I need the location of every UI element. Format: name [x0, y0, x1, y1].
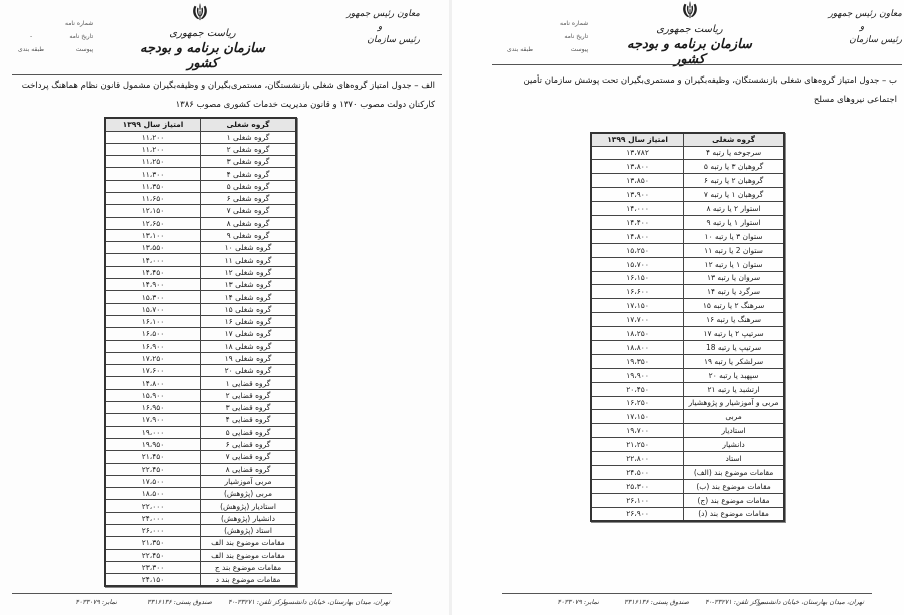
column-header-group: گروه شغلی [684, 133, 784, 146]
score-cell: ۱۸،۲۵۰ [591, 327, 684, 341]
table-row: سرهنگ یا رتبه ۱۶۱۷،۷۰۰ [591, 313, 784, 327]
job-group-cell: گروهبان ۱ یا رتبه ۷ [684, 188, 784, 202]
table-row: گروه شغلی ۶۱۱،۶۵۰ [105, 192, 296, 204]
meta-class-label: طبقه بندی [507, 43, 533, 56]
document-page-left: ریاست جمهوری سازمان برنامه و بودجه کشور … [0, 0, 452, 615]
score-cell: ۱۱،۲۰۰ [105, 143, 201, 155]
table-row: دانشیار۲۱،۲۵۰ [591, 438, 784, 452]
job-group-cell: استوار ۱ یا رتبه ۹ [684, 215, 784, 229]
table-row: گروه شغلی ۱۶۱۶،۱۰۰ [105, 315, 296, 327]
job-group-cell: مقامات موضوع بند د [201, 574, 297, 586]
table-row: گروه شغلی ۱۱۱،۲۰۰ [105, 131, 296, 143]
job-group-cell: سرجوخه یا رتبه ۴ [684, 146, 784, 160]
table-row: گروه شغلی ۱۱۱۴،۰۰۰ [105, 254, 296, 266]
table-row: گروه شغلی ۲۱۱،۲۰۰ [105, 143, 296, 155]
job-group-cell: استاد [684, 452, 784, 466]
table-row: سرتیپ ۲ یا رتبه ۱۷۱۸،۲۵۰ [591, 327, 784, 341]
score-cell: ۱۷،۱۵۰ [591, 410, 684, 424]
footer-divider [12, 593, 392, 594]
table-row: استادیار (پژوهش)۲۲،۰۰۰ [105, 500, 296, 512]
score-cell: ۱۹،۳۵۰ [591, 354, 684, 368]
score-cell: ۱۵،۳۰۰ [105, 291, 201, 303]
score-cell: ۱۴،۹۰۰ [105, 279, 201, 291]
job-group-cell: گروه شغلی ۱۵ [201, 303, 297, 315]
job-group-cell: دانشیار (پژوهش) [201, 512, 297, 524]
job-group-cell: سروان یا رتبه ۱۳ [684, 271, 784, 285]
score-cell: ۱۳،۷۸۲ [591, 146, 684, 160]
score-cell: ۲۰،۴۵۰ [591, 382, 684, 396]
table-row: گروه شغلی ۹۱۳،۱۰۰ [105, 229, 296, 241]
meta-number-label: شماره نامه [65, 17, 93, 30]
job-group-cell: مربی و آموزشیار و پژوهشیار [684, 396, 784, 410]
job-group-cell: گروه شغلی ۱۴ [201, 291, 297, 303]
table-row: گروه قضایی ۸۲۲،۴۵۰ [105, 463, 296, 475]
score-cell: ۱۶،۲۵۰ [591, 396, 684, 410]
presidency-label: ریاست جمهوری [627, 24, 752, 35]
table-row: مربی آموزشیار۱۷،۵۰۰ [105, 475, 296, 487]
score-cell: ۱۶،۶۰۰ [591, 285, 684, 299]
organization-name: سازمان برنامه و بودجه کشور [140, 41, 265, 71]
score-cell: ۱۹،۷۰۰ [591, 424, 684, 438]
job-group-cell: گروه قضایی ۸ [201, 463, 297, 475]
signatory-block: معاون رئیس جمهور و رئیس سازمان [340, 8, 420, 47]
table-row: سروان یا رتبه ۱۳۱۶،۱۵۰ [591, 271, 784, 285]
table-row: ستوان 2 یا رتبه ۱۱۱۵،۲۵۰ [591, 243, 784, 257]
score-cell: ۱۷،۵۰۰ [105, 475, 201, 487]
job-group-cell: گروه شغلی ۱۸ [201, 340, 297, 352]
table-row: گروه شغلی ۱۰۱۳،۵۵۰ [105, 242, 296, 254]
footer-fax: نمابر: ۴۰۳۳۰۷۹ [557, 598, 599, 606]
job-group-cell: استادیار (پژوهش) [201, 500, 297, 512]
table-row: گروه شغلی ۱۷۱۶،۵۰۰ [105, 328, 296, 340]
footer-phone: مرکز تلفن: ۳۳۲۷۱-۴۰ [228, 598, 287, 606]
table-row: مقامات موضوع بند ج۲۳،۳۰۰ [105, 561, 296, 573]
footer-divider [502, 593, 872, 594]
table-row: گروهبان ۱ یا رتبه ۷۱۳،۹۰۰ [591, 188, 784, 202]
table-row: گروه شغلی ۱۲۱۴،۴۵۰ [105, 266, 296, 278]
score-cell: ۱۲،۱۵۰ [105, 205, 201, 217]
table-row: سرلشکر یا رتبه ۱۹۱۹،۳۵۰ [591, 354, 784, 368]
footer-postal: صندوق پستی: ۳۳۱۶۱۳۶ [147, 598, 212, 606]
score-cell: ۱۳،۱۰۰ [105, 229, 201, 241]
score-cell: ۲۲،۴۵۰ [105, 463, 201, 475]
job-group-cell: گروهبان ۲ یا رتبه ۶ [684, 174, 784, 188]
meta-attach-label: پیوست [65, 43, 93, 56]
job-group-cell: گروه قضایی ۱ [201, 377, 297, 389]
letter-meta: شماره نامه تاریخ نامه پیوست [560, 17, 588, 56]
job-group-cell: گروه شغلی ۱۱ [201, 254, 297, 266]
signatory-line2: و [822, 21, 902, 34]
table-row: گروه قضایی ۷۲۱،۴۵۰ [105, 451, 296, 463]
table-row: گروه شغلی ۳۱۱،۲۵۰ [105, 156, 296, 168]
score-table-b: گروه شغلی امتیاز سال ۱۳۹۹ سرجوخه یا رتبه… [590, 132, 785, 522]
table-row: مقامات موضوع بند (د)۲۶،۹۰۰ [591, 507, 784, 521]
score-cell: ۱۴،۸۰۰ [105, 377, 201, 389]
meta-attach-label: پیوست [560, 43, 588, 56]
table-row: دانشیار (پژوهش)۲۴،۰۰۰ [105, 512, 296, 524]
job-group-cell: سرهنگ یا رتبه ۱۶ [684, 313, 784, 327]
table-title: الف – جدول امتیاز گروه‌های شغلی بازنشستگ… [20, 77, 435, 115]
table-row: ارتشبد یا رتبه ۲۱۲۰،۴۵۰ [591, 382, 784, 396]
score-cell: ۲۴،۱۵۰ [105, 574, 201, 586]
table-row: استوار ۲ یا رتبه ۸۱۴،۰۰۰ [591, 202, 784, 216]
organization-name: سازمان برنامه و بودجه کشور [627, 37, 752, 67]
score-cell: ۱۳،۸۵۰ [591, 174, 684, 188]
table-row: ستوان ۳ یا رتبه ۱۰۱۴،۸۰۰ [591, 229, 784, 243]
table-row: گروه شغلی ۴۱۱،۳۰۰ [105, 168, 296, 180]
score-cell: ۲۶،۱۰۰ [591, 493, 684, 507]
job-group-cell: استادیار [684, 424, 784, 438]
score-cell: ۱۴،۴۵۰ [105, 266, 201, 278]
score-cell: ۱۳،۹۰۰ [591, 188, 684, 202]
score-cell: ۲۴،۵۰۰ [591, 465, 684, 479]
table-header-row: گروه شغلی امتیاز سال ۱۳۹۹ [105, 118, 296, 131]
letter-meta: شماره نامه تاریخ نامه پیوست [65, 17, 93, 56]
document-page-right: ریاست جمهوری سازمان برنامه و بودجه کشور … [452, 0, 904, 615]
meta-number-label: شماره نامه [560, 17, 588, 30]
job-group-cell: سپهبد یا رتبه ۲۰ [684, 368, 784, 382]
table-row: گروه شغلی ۸۱۲،۶۵۰ [105, 217, 296, 229]
job-group-cell: استوار ۲ یا رتبه ۸ [684, 202, 784, 216]
table-row: سرگرد یا رتبه ۱۴۱۶،۶۰۰ [591, 285, 784, 299]
table-row: مربی۱۷،۱۵۰ [591, 410, 784, 424]
table-row: سپهبد یا رتبه ۲۰۱۹،۹۰۰ [591, 368, 784, 382]
job-group-cell: گروه قضایی ۴ [201, 414, 297, 426]
table-header-row: گروه شغلی امتیاز سال ۱۳۹۹ [591, 133, 784, 146]
job-group-cell: ارتشبد یا رتبه ۲۱ [684, 382, 784, 396]
score-cell: ۱۵،۹۰۰ [105, 389, 201, 401]
table-row: مقامات موضوع بند (ب)۲۵،۳۰۰ [591, 479, 784, 493]
job-group-cell: سرتیپ یا رتبه 18 [684, 340, 784, 354]
score-cell: ۲۵،۳۰۰ [591, 479, 684, 493]
job-group-cell: گروه شغلی ۹ [201, 229, 297, 241]
score-cell: ۱۷،۲۵۰ [105, 352, 201, 364]
job-group-cell: ستوان 2 یا رتبه ۱۱ [684, 243, 784, 257]
table-row: مقامات موضوع بند د۲۴،۱۵۰ [105, 574, 296, 586]
job-group-cell: گروه قضایی ۷ [201, 451, 297, 463]
score-cell: ۲۱،۳۵۰ [105, 537, 201, 549]
footer-fax: نمابر: ۴۰۳۳۰۷۹ [75, 598, 117, 606]
score-cell: ۱۶،۹۵۰ [105, 402, 201, 414]
score-cell: ۱۱،۲۵۰ [105, 156, 201, 168]
job-group-cell: مربی (پژوهش) [201, 488, 297, 500]
org-header: ریاست جمهوری سازمان برنامه و بودجه کشور [627, 24, 752, 67]
table-row: مقامات موضوع بند (الف)۲۴،۵۰۰ [591, 465, 784, 479]
header-divider [492, 64, 902, 65]
column-header-group: گروه شغلی [201, 118, 297, 131]
table-row: سرجوخه یا رتبه ۴۱۳،۷۸۲ [591, 146, 784, 160]
job-group-cell: مقامات موضوع بند الف [201, 549, 297, 561]
table-row: گروهبان ۳ یا رتبه ۵۱۳،۸۰۰ [591, 160, 784, 174]
footer-address: تهران، میدان بهارستان، خیابان دانشسرا [757, 598, 864, 606]
score-cell: ۱۴،۸۰۰ [591, 229, 684, 243]
table-row: استادیار۱۹،۷۰۰ [591, 424, 784, 438]
job-group-cell: گروه قضایی ۲ [201, 389, 297, 401]
signatory-line2: و [340, 21, 420, 34]
job-group-cell: سرلشکر یا رتبه ۱۹ [684, 354, 784, 368]
score-cell: ۱۳،۵۵۰ [105, 242, 201, 254]
job-group-cell: گروه شغلی ۷ [201, 205, 297, 217]
score-cell: ۱۱،۲۰۰ [105, 131, 201, 143]
job-group-cell: دانشیار [684, 438, 784, 452]
score-cell: ۱۷،۱۵۰ [591, 299, 684, 313]
score-cell: ۱۲،۶۵۰ [105, 217, 201, 229]
score-table-a: گروه شغلی امتیاز سال ۱۳۹۹ گروه شغلی ۱۱۱،… [104, 117, 297, 587]
table-row: گروه شغلی ۱۴۱۵،۳۰۰ [105, 291, 296, 303]
table-row: گروه قضایی ۱۱۴،۸۰۰ [105, 377, 296, 389]
letter-meta-class: طبقه بندی [507, 43, 533, 56]
job-group-cell: گروه شغلی ۱۳ [201, 279, 297, 291]
meta-date-label: تاریخ نامه [560, 30, 588, 43]
score-cell: ۲۱،۲۵۰ [591, 438, 684, 452]
job-group-cell: مقامات موضوع بند ج [201, 561, 297, 573]
job-group-cell: گروه شغلی ۸ [201, 217, 297, 229]
table-row: گروه شغلی ۱۸۱۶،۹۰۰ [105, 340, 296, 352]
score-cell: ۲۶،۰۰۰ [105, 525, 201, 537]
footer-phone: مرکز تلفن: ۳۳۲۷۱-۴۰ [705, 598, 764, 606]
score-cell: ۱۶،۹۰۰ [105, 340, 201, 352]
score-cell: ۱۷،۷۰۰ [591, 313, 684, 327]
score-cell: ۱۱،۳۵۰ [105, 180, 201, 192]
signatory-line1: معاون رئیس جمهور [340, 8, 420, 21]
job-group-cell: گروه شغلی ۳ [201, 156, 297, 168]
job-group-cell: گروهبان ۳ یا رتبه ۵ [684, 160, 784, 174]
job-group-cell: گروه شغلی ۱ [201, 131, 297, 143]
footer-address: تهران، میدان بهارستان، خیابان دانشسرا [283, 598, 390, 606]
job-group-cell: ستوان ۳ یا رتبه ۱۰ [684, 229, 784, 243]
table-row: مقامات موضوع بند الف۲۲،۴۵۰ [105, 549, 296, 561]
job-group-cell: سرگرد یا رتبه ۱۴ [684, 285, 784, 299]
score-cell: ۲۲،۴۵۰ [105, 549, 201, 561]
job-group-cell: گروه شغلی ۱۷ [201, 328, 297, 340]
score-cell: ۱۵،۲۵۰ [591, 243, 684, 257]
table-row: استاد۲۲،۸۰۰ [591, 452, 784, 466]
signatory-block: معاون رئیس جمهور و رئیس سازمان [822, 8, 902, 47]
job-group-cell: گروه شغلی ۱۰ [201, 242, 297, 254]
iran-emblem-icon [681, 0, 699, 20]
score-cell: ۱۸،۵۰۰ [105, 488, 201, 500]
table-row: گروه شغلی ۵۱۱،۳۵۰ [105, 180, 296, 192]
footer: تهران، میدان بهارستان، خیابان دانشسرا مر… [452, 598, 904, 610]
table-row: مربی و آموزشیار و پژوهشیار۱۶،۲۵۰ [591, 396, 784, 410]
table-row: مقامات موضوع بند الف۲۱،۳۵۰ [105, 537, 296, 549]
signatory-line3: رئیس سازمان [822, 34, 902, 47]
table-row: سرتیپ یا رتبه 18۱۸،۸۰۰ [591, 340, 784, 354]
job-group-cell: گروه قضایی ۵ [201, 426, 297, 438]
score-cell: ۱۱،۳۰۰ [105, 168, 201, 180]
score-cell: ۲۳،۳۰۰ [105, 561, 201, 573]
job-group-cell: استاد (پژوهش) [201, 525, 297, 537]
score-cell: ۱۶،۱۰۰ [105, 315, 201, 327]
job-group-cell: گروه شغلی ۲۰ [201, 365, 297, 377]
score-cell: ۱۹،۰۰۰ [105, 426, 201, 438]
score-cell: ۲۲،۸۰۰ [591, 452, 684, 466]
signatory-line3: رئیس سازمان [340, 34, 420, 47]
org-header: ریاست جمهوری سازمان برنامه و بودجه کشور [140, 28, 265, 71]
table-row: گروه قضایی ۲۱۵،۹۰۰ [105, 389, 296, 401]
table-row: مقامات موضوع بند (ج)۲۶،۱۰۰ [591, 493, 784, 507]
table-title: ب – جدول امتیاز گروه‌های شغلی بازنشستگان… [502, 72, 897, 110]
iran-emblem-icon [191, 2, 209, 22]
table-row: گروه شغلی ۱۹۱۷،۲۵۰ [105, 352, 296, 364]
meta-class-label: طبقه بندی [18, 43, 44, 56]
score-cell: ۱۶،۵۰۰ [105, 328, 201, 340]
score-cell: ۱۸،۸۰۰ [591, 340, 684, 354]
score-cell: ۱۵،۷۰۰ [105, 303, 201, 315]
score-cell: ۲۱،۴۵۰ [105, 451, 201, 463]
table-row: ستوان ۱ یا رتبه ۱۲۱۵،۷۰۰ [591, 257, 784, 271]
table-row: استاد (پژوهش)۲۶،۰۰۰ [105, 525, 296, 537]
job-group-cell: مقامات موضوع بند (الف) [684, 465, 784, 479]
job-group-cell: گروه شغلی ۱۹ [201, 352, 297, 364]
meta-class-value: - [18, 30, 44, 43]
score-cell: ۱۱،۶۵۰ [105, 192, 201, 204]
signatory-line1: معاون رئیس جمهور [822, 8, 902, 21]
job-group-cell: مقامات موضوع بند (ج) [684, 493, 784, 507]
score-cell: ۱۵،۷۰۰ [591, 257, 684, 271]
table-row: سرهنگ ۲ یا رتبه ۱۵۱۷،۱۵۰ [591, 299, 784, 313]
table-row: گروه قضایی ۵۱۹،۰۰۰ [105, 426, 296, 438]
job-group-cell: گروه شغلی ۴ [201, 168, 297, 180]
header-divider [12, 74, 442, 75]
job-group-cell: گروه شغلی ۱۲ [201, 266, 297, 278]
score-cell: ۱۷،۶۰۰ [105, 365, 201, 377]
job-group-cell: مقامات موضوع بند الف [201, 537, 297, 549]
score-cell: ۲۲،۰۰۰ [105, 500, 201, 512]
job-group-cell: ستوان ۱ یا رتبه ۱۲ [684, 257, 784, 271]
job-group-cell: مربی [684, 410, 784, 424]
table-row: استوار ۱ یا رتبه ۹۱۴،۴۰۰ [591, 215, 784, 229]
score-cell: ۱۳،۸۰۰ [591, 160, 684, 174]
score-cell: ۱۷،۹۰۰ [105, 414, 201, 426]
score-cell: ۱۹،۹۵۰ [105, 438, 201, 450]
table-row: گروه قضایی ۴۱۷،۹۰۰ [105, 414, 296, 426]
job-group-cell: سرتیپ ۲ یا رتبه ۱۷ [684, 327, 784, 341]
table-row: گروه شغلی ۷۱۲،۱۵۰ [105, 205, 296, 217]
table-row: گروه شغلی ۱۵۱۵،۷۰۰ [105, 303, 296, 315]
table-row: گروه شغلی ۲۰۱۷،۶۰۰ [105, 365, 296, 377]
meta-date-label: تاریخ نامه [65, 30, 93, 43]
score-cell: ۲۶،۹۰۰ [591, 507, 684, 521]
column-header-score: امتیاز سال ۱۳۹۹ [105, 118, 201, 131]
score-cell: ۱۴،۰۰۰ [105, 254, 201, 266]
job-group-cell: مقامات موضوع بند (د) [684, 507, 784, 521]
job-group-cell: گروه شغلی ۲ [201, 143, 297, 155]
job-group-cell: مربی آموزشیار [201, 475, 297, 487]
footer: تهران، میدان بهارستان، خیابان دانشسرا مر… [0, 598, 452, 610]
job-group-cell: مقامات موضوع بند (ب) [684, 479, 784, 493]
score-cell: ۱۴،۴۰۰ [591, 215, 684, 229]
footer-postal: صندوق پستی: ۳۳۱۶۱۳۶ [624, 598, 689, 606]
score-cell: ۱۴،۰۰۰ [591, 202, 684, 216]
column-header-score: امتیاز سال ۱۳۹۹ [591, 133, 684, 146]
score-cell: ۱۶،۱۵۰ [591, 271, 684, 285]
job-group-cell: گروه شغلی ۵ [201, 180, 297, 192]
table-row: گروه شغلی ۱۳۱۴،۹۰۰ [105, 279, 296, 291]
job-group-cell: گروه شغلی ۱۶ [201, 315, 297, 327]
score-cell: ۲۴،۰۰۰ [105, 512, 201, 524]
table-row: گروه قضایی ۶۱۹،۹۵۰ [105, 438, 296, 450]
job-group-cell: گروه قضایی ۳ [201, 402, 297, 414]
table-row: مربی (پژوهش)۱۸،۵۰۰ [105, 488, 296, 500]
table-row: گروه قضایی ۳۱۶،۹۵۰ [105, 402, 296, 414]
job-group-cell: گروه شغلی ۶ [201, 192, 297, 204]
presidency-label: ریاست جمهوری [140, 28, 265, 39]
table-row: گروهبان ۲ یا رتبه ۶۱۳،۸۵۰ [591, 174, 784, 188]
score-cell: ۱۹،۹۰۰ [591, 368, 684, 382]
job-group-cell: گروه قضایی ۶ [201, 438, 297, 450]
letter-meta-class: - طبقه بندی [18, 30, 44, 56]
job-group-cell: سرهنگ ۲ یا رتبه ۱۵ [684, 299, 784, 313]
